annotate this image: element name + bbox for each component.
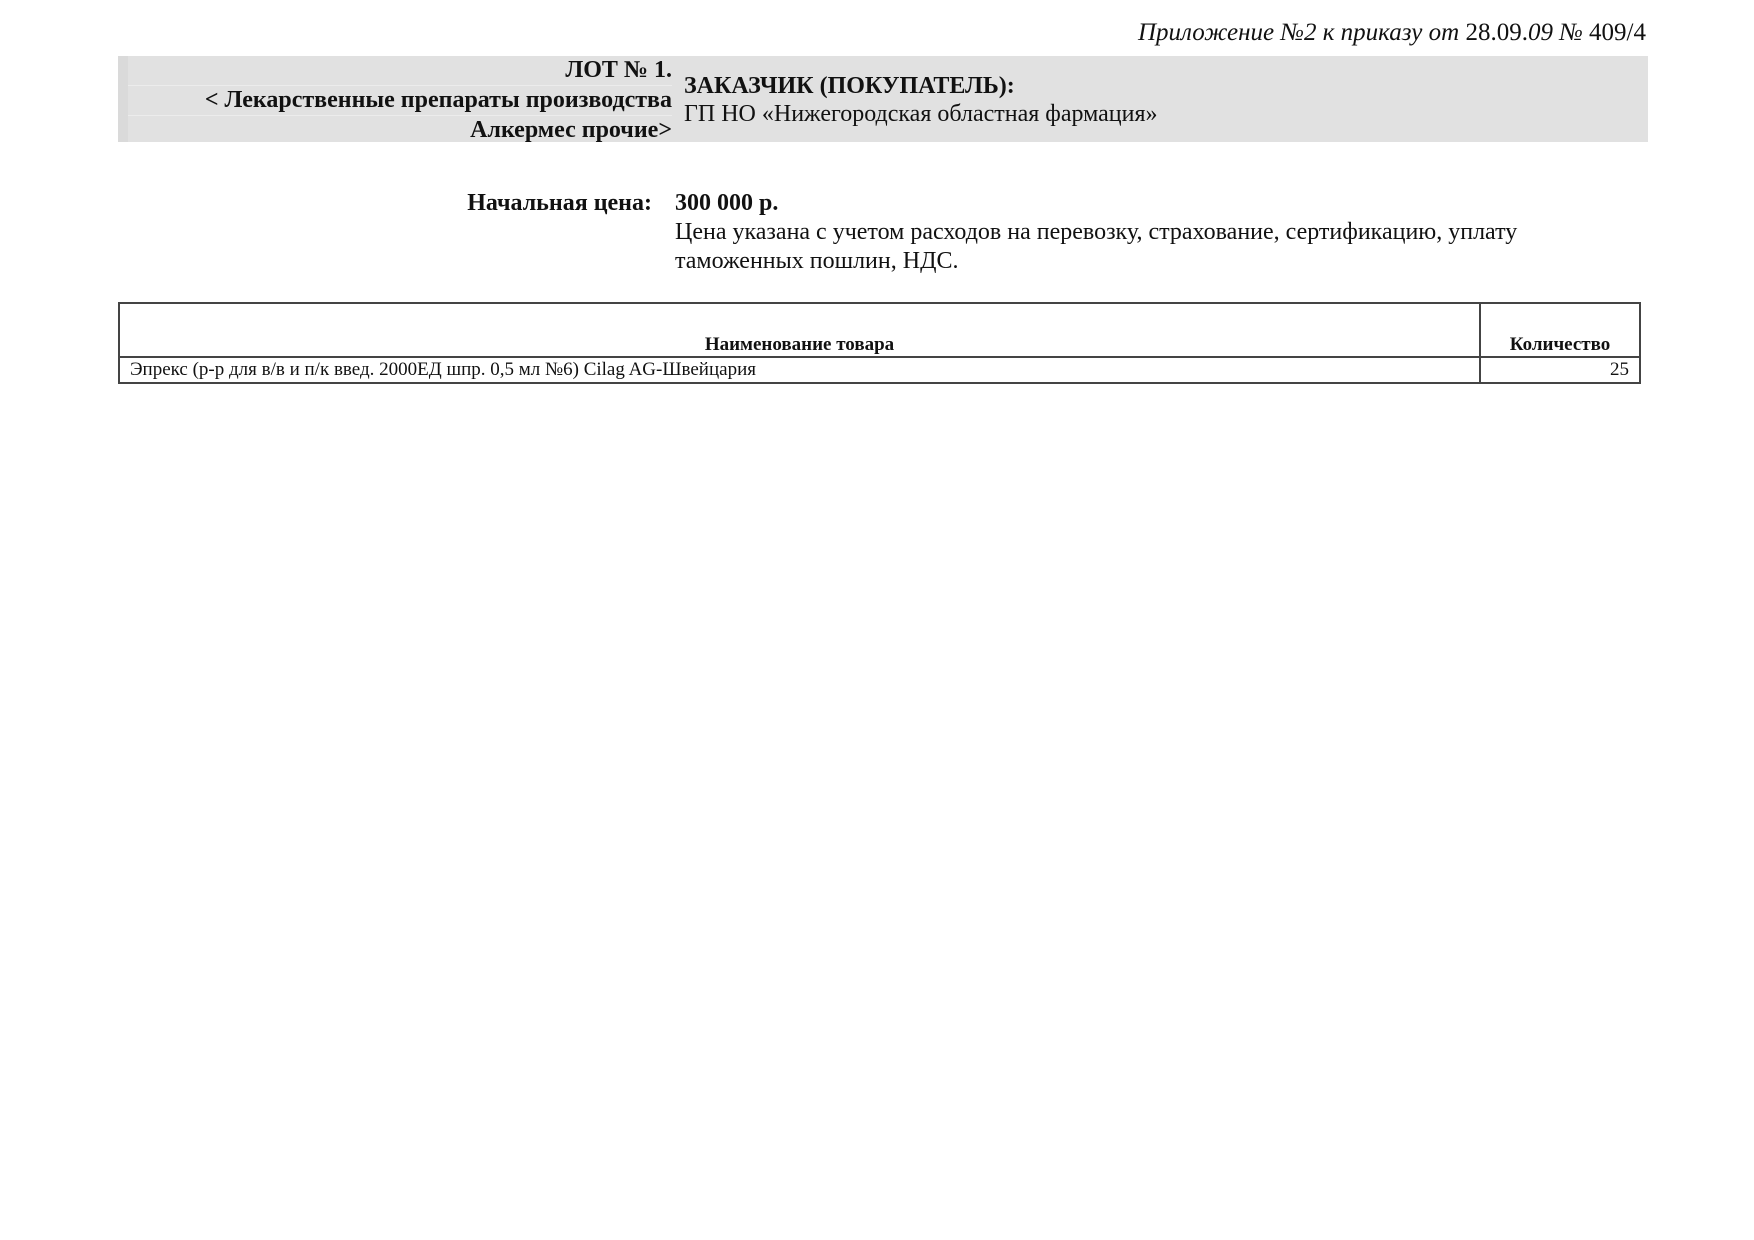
appendix-date-main: 28.09. <box>1465 19 1528 46</box>
appendix-number-sign: № <box>1553 19 1589 46</box>
goods-table: Наименование товара Количество Эпрекс (р… <box>118 302 1641 384</box>
column-header-product-name: Наименование товара <box>119 303 1480 357</box>
lot-number: ЛОТ № 1. <box>128 56 672 86</box>
lot-name-line-1: < Лекарственные препараты производства <box>128 86 672 116</box>
table-row: Эпрекс (р-р для в/в и п/к введ. 2000ЕД ш… <box>119 357 1640 383</box>
customer-info: ЗАКАЗЧИК (ПОКУПАТЕЛЬ): ГП НО «Нижегородс… <box>684 72 1158 128</box>
appendix-label: Приложение №2 к приказу от <box>1138 19 1465 46</box>
appendix-reference: Приложение №2 к приказу от 28.09.09 № 40… <box>1138 18 1646 48</box>
starting-price-content: 300 000 р. Цена указана с учетом расходо… <box>675 189 1575 276</box>
starting-price-value: 300 000 р. <box>675 189 1575 218</box>
table-header-row: Наименование товара Количество <box>119 303 1640 357</box>
customer-name: ГП НО «Нижегородская областная фармация» <box>684 100 1158 128</box>
lot-title: ЛОТ № 1. < Лекарственные препараты произ… <box>128 56 672 145</box>
customer-label: ЗАКАЗЧИК (ПОКУПАТЕЛЬ): <box>684 72 1158 100</box>
starting-price-label: Начальная цена: <box>467 189 652 218</box>
price-note: Цена указана с учетом расходов на перево… <box>675 218 1575 276</box>
appendix-order-number: 409/4 <box>1589 19 1646 46</box>
column-header-quantity: Количество <box>1480 303 1640 357</box>
lot-name-line-2: Алкермес прочие> <box>128 116 672 145</box>
quantity-cell: 25 <box>1480 357 1640 383</box>
product-name-cell: Эпрекс (р-р для в/в и п/к введ. 2000ЕД ш… <box>119 357 1480 383</box>
appendix-date-year: 09 <box>1528 19 1553 46</box>
lot-header-band: ЛОТ № 1. < Лекарственные препараты произ… <box>118 56 1648 142</box>
